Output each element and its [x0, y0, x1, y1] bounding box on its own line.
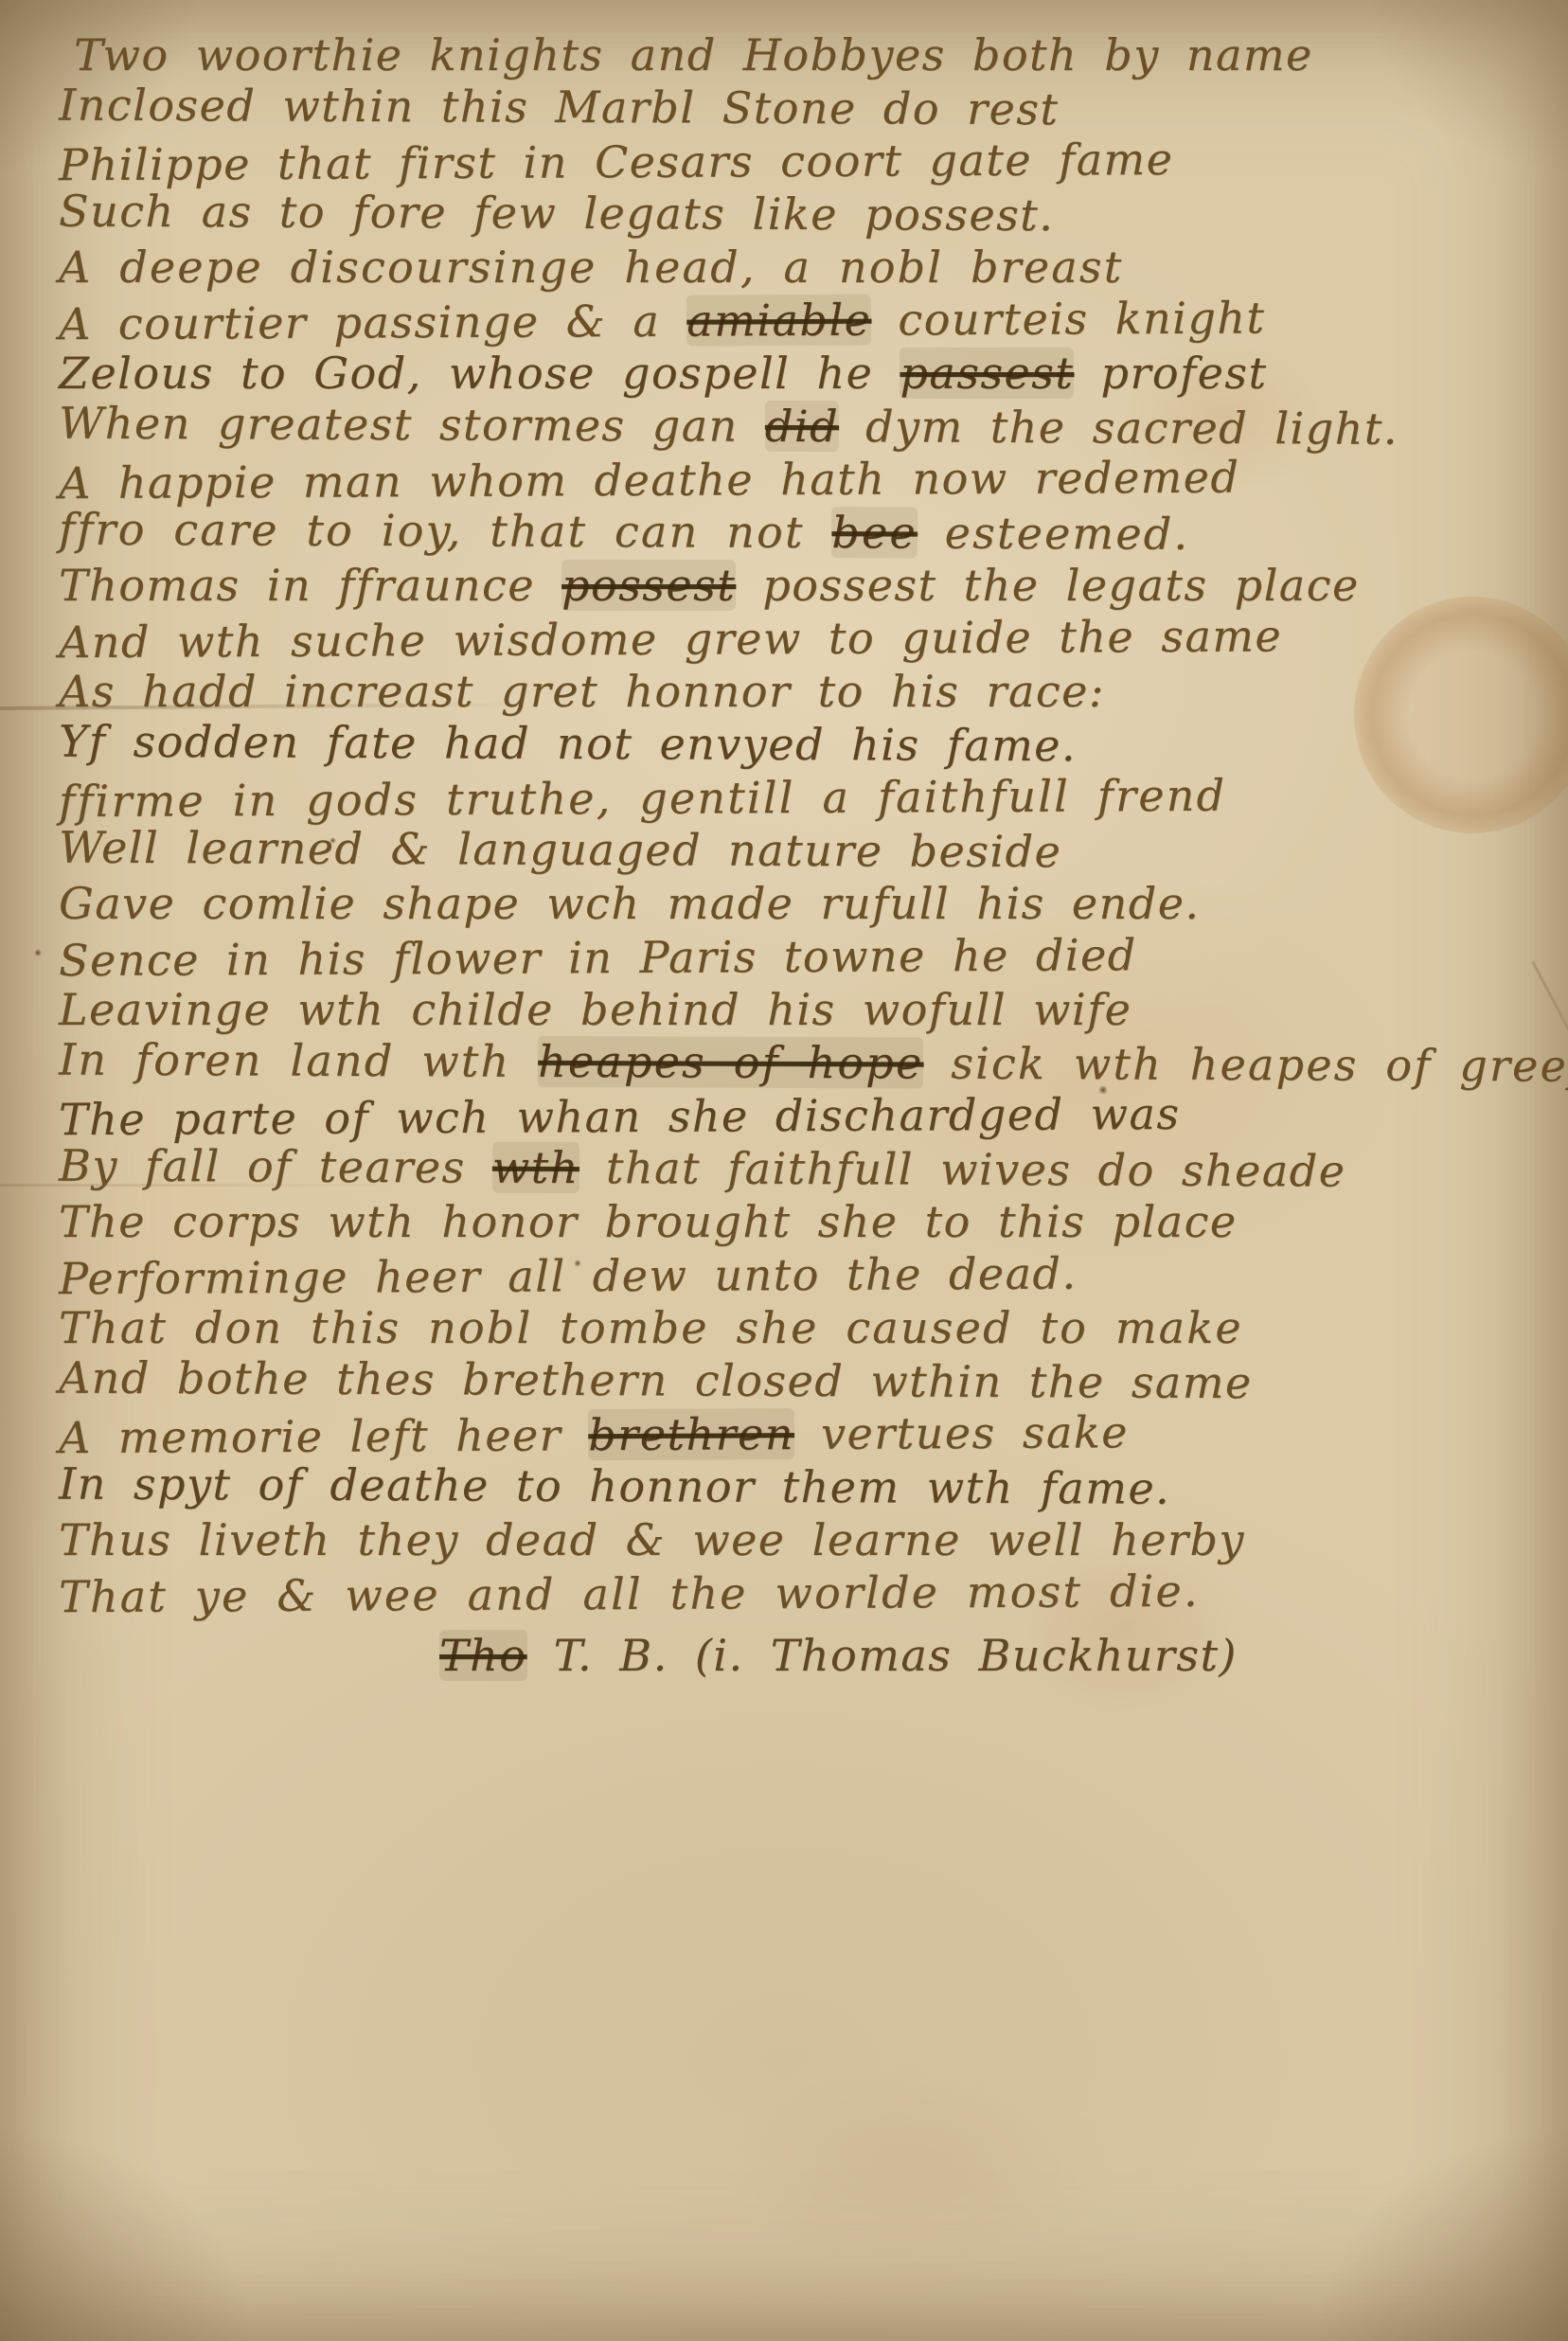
- manuscript-line: A deepe discoursinge head, a nobl breast: [59, 241, 1549, 294]
- manuscript-line: A memorie left heer brethren vertues sak…: [59, 1403, 1549, 1464]
- deleted-word: did: [765, 401, 839, 452]
- deleted-word: brethren: [588, 1408, 794, 1460]
- deleted-word: Tho: [439, 1630, 527, 1681]
- manuscript-line: The corps wth honor brought she to this …: [59, 1195, 1549, 1248]
- manuscript-line: Thus liveth they dead & wee learne well …: [59, 1513, 1549, 1566]
- deleted-word: bee: [831, 507, 918, 558]
- manuscript-line: In spyt of deathe to honnor them wth fam…: [59, 1457, 1549, 1517]
- ink-speck: [34, 949, 42, 956]
- manuscript-line: Such as to fore few legats like possest.: [59, 185, 1549, 244]
- manuscript-line: ffirme in gods truthe, gentill a faithfu…: [59, 767, 1549, 828]
- manuscript-line: Gave comlie shape wch made rufull his en…: [59, 877, 1549, 930]
- faint-stain: [720, 2064, 1117, 2273]
- manuscript-line: In foren land wth heapes of hope sick wt…: [59, 1033, 1549, 1093]
- manuscript-line: Two woorthie knights and Hobbyes both by…: [74, 28, 1549, 81]
- manuscript-line: The parte of wch whan she dischardged wa…: [59, 1085, 1549, 1146]
- deleted-word: heapes of hope: [538, 1036, 924, 1089]
- manuscript-line: Zelous to God, whose gospell he passest …: [59, 347, 1549, 400]
- manuscript-line: Performinge heer all dew unto the dead.: [59, 1244, 1549, 1305]
- manuscript-line: Yf sodden fate had not envyed his fame.: [59, 715, 1549, 775]
- manuscript-line: That ye & wee and all the worlde most di…: [59, 1563, 1549, 1623]
- manuscript-line: ffro care to ioy, that can not bee estee…: [59, 503, 1549, 563]
- manuscript-line: Sence in his flower in Paris towne he di…: [59, 926, 1549, 987]
- deleted-word: possest: [561, 560, 736, 611]
- manuscript-line: And bothe thes brethern closed wthin the…: [59, 1351, 1549, 1411]
- manuscript-line: When greatest stormes gan did dym the sa…: [59, 397, 1549, 456]
- manuscript-line: That don this nobl tombe she caused to m…: [59, 1301, 1549, 1354]
- deleted-word: amiable: [686, 295, 871, 347]
- signature-line: Tho T. B. (i. Thomas Buckhurst): [439, 1629, 1549, 1682]
- manuscript-text: Two woorthie knights and Hobbyes both by…: [59, 28, 1549, 1682]
- manuscript-line: A courtier passinge & a amiable courteis…: [59, 290, 1549, 350]
- manuscript-line: As hadd increast gret honnor to his race…: [59, 665, 1549, 718]
- deleted-word: wth: [492, 1142, 579, 1193]
- manuscript-page: Two woorthie knights and Hobbyes both by…: [0, 0, 1568, 2341]
- manuscript-line: By fall of teares wth that faithfull wiv…: [59, 1139, 1549, 1199]
- manuscript-line: Leavinge wth childe behind his wofull wi…: [59, 983, 1549, 1036]
- manuscript-line: Well learned & languaged nature beside: [59, 821, 1549, 881]
- manuscript-line: Philippe that first in Cesars coort gate…: [59, 131, 1549, 191]
- manuscript-line: Inclosed wthin this Marbl Stone do rest: [59, 79, 1549, 138]
- manuscript-line: A happie man whom deathe hath now redeme…: [59, 449, 1549, 509]
- deleted-word: passest: [900, 348, 1074, 399]
- manuscript-line: Thomas in ffraunce possest possest the l…: [59, 559, 1549, 612]
- manuscript-line: And wth suche wisdome grew to guide the …: [59, 608, 1549, 669]
